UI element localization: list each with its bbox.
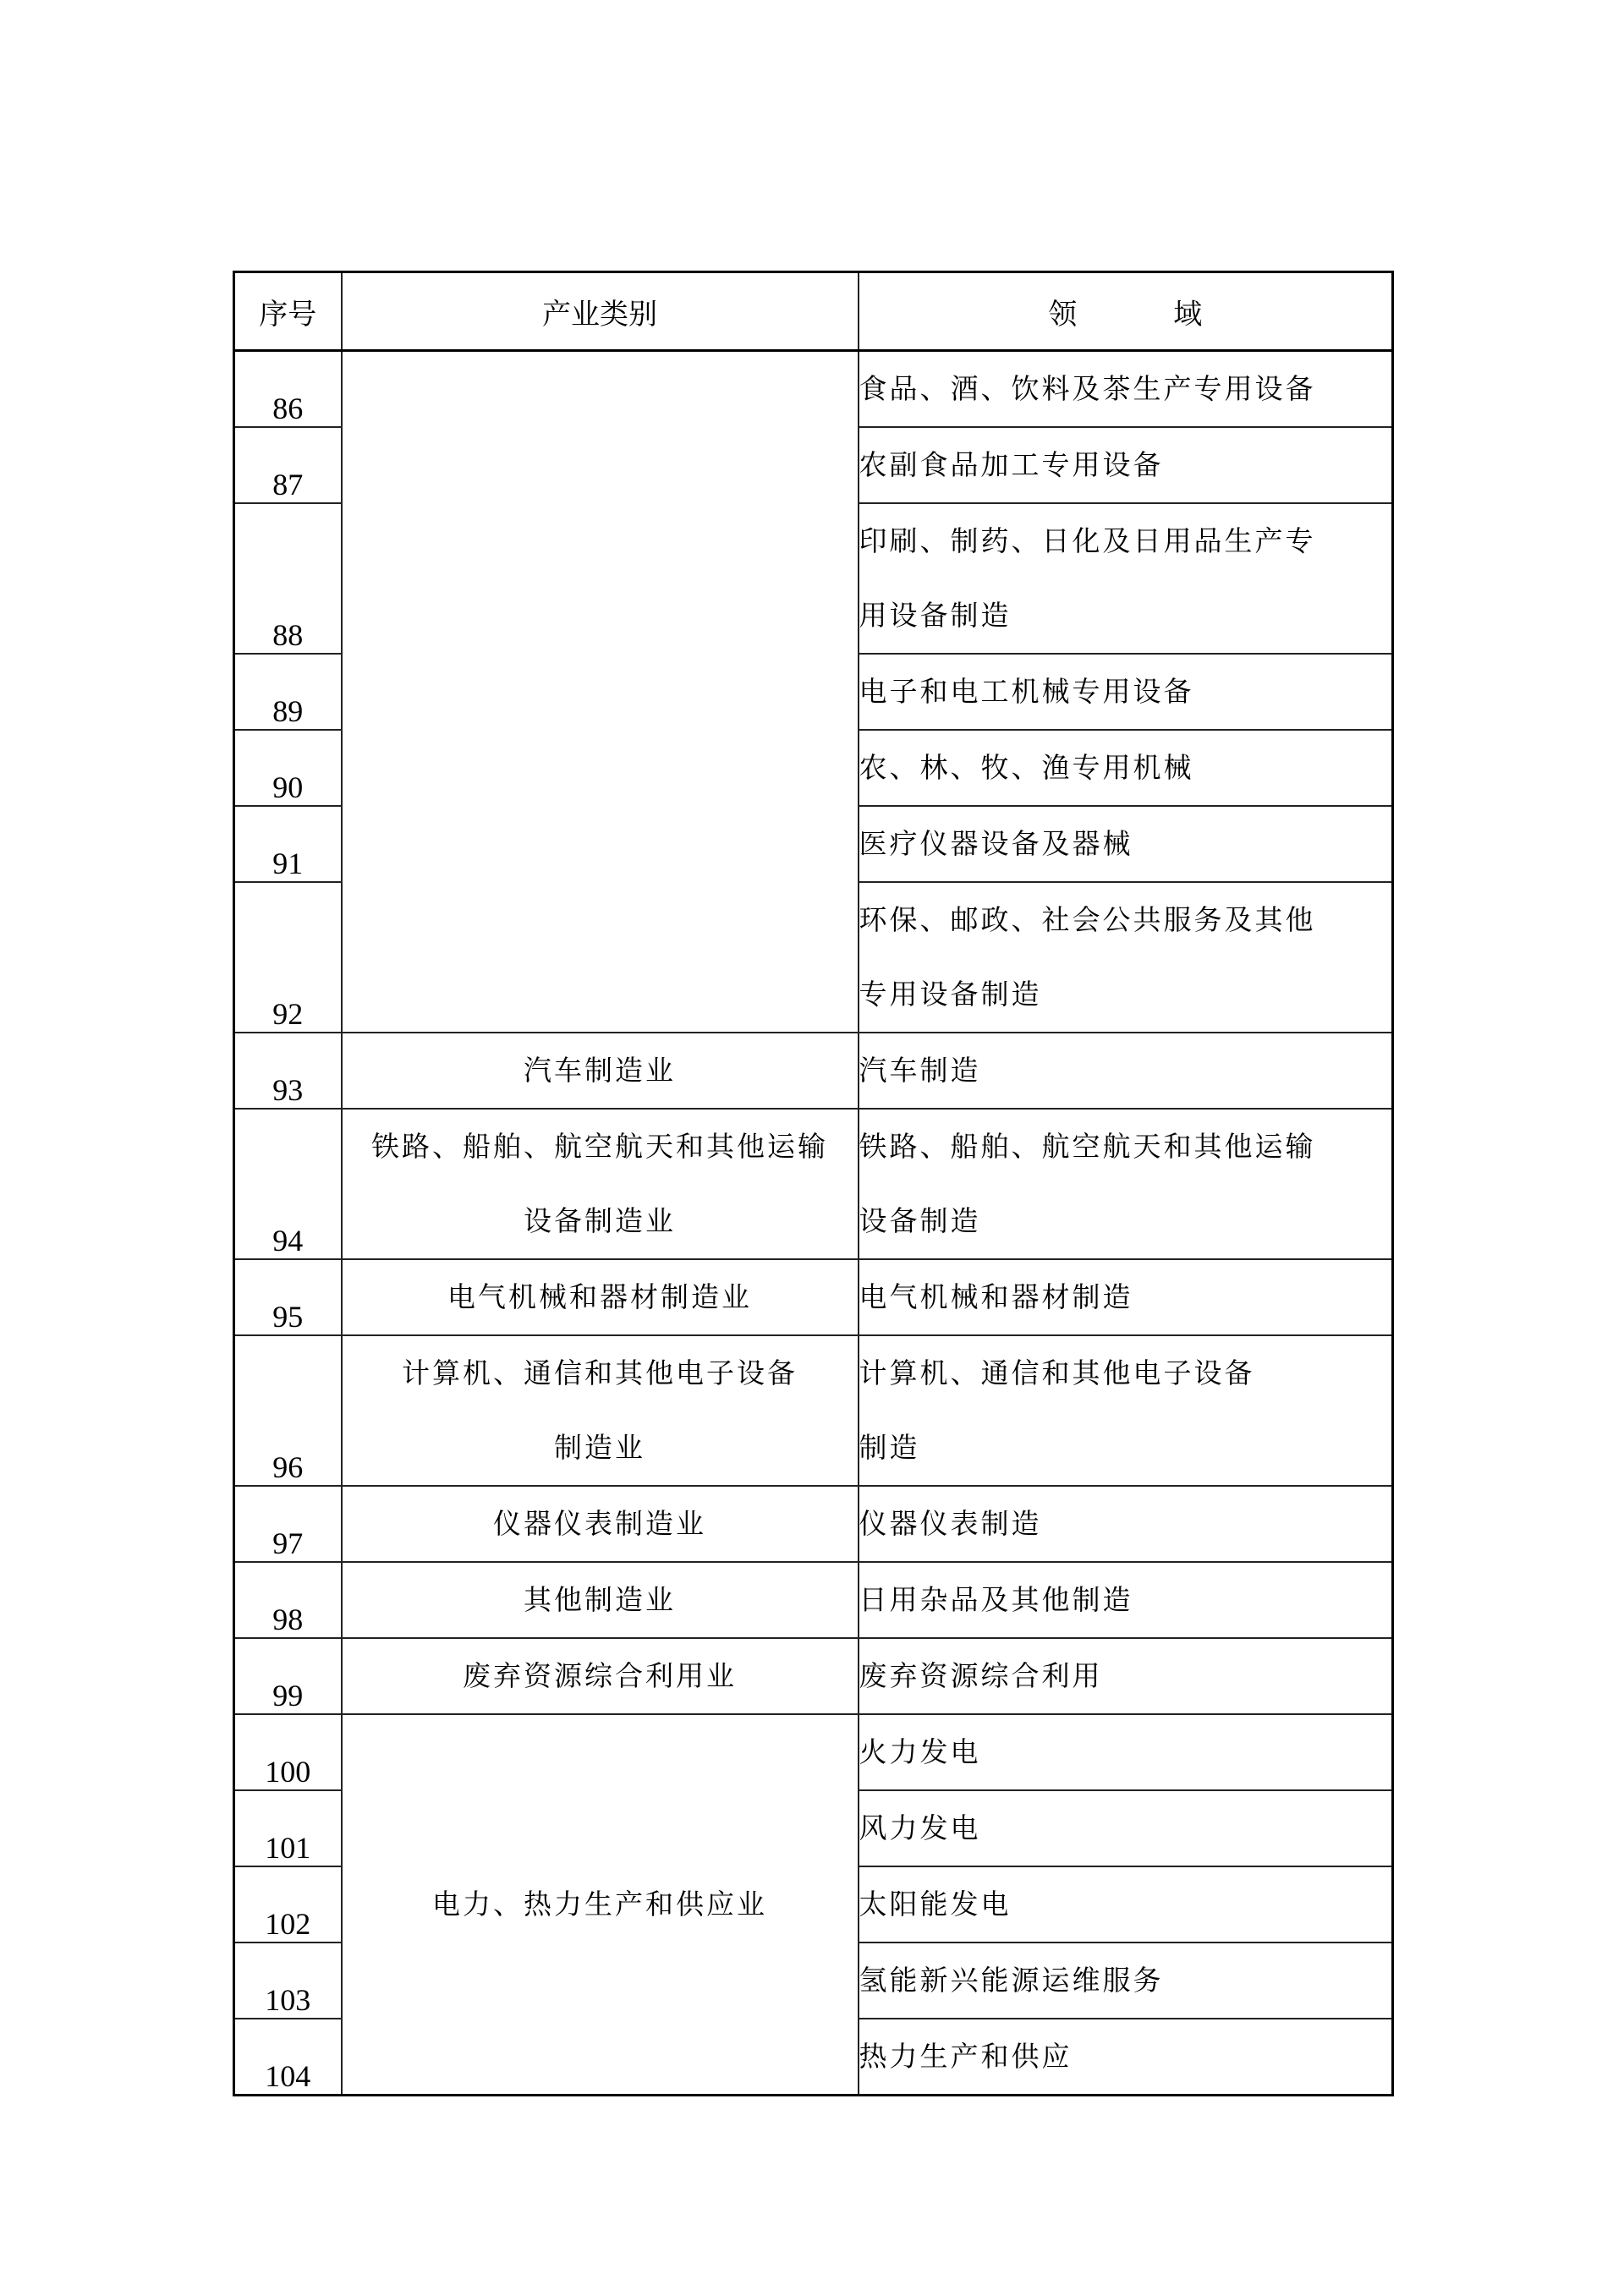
table-row: 96 计算机、通信和其他电子设备 制造业 计算机、通信和其他电子设备 制造 xyxy=(234,1335,1393,1486)
industry-cell: 其他制造业 xyxy=(342,1562,859,1638)
field-cell: 环保、邮政、社会公共服务及其他 专用设备制造 xyxy=(859,882,1393,1033)
industry-cell-merged-equipment xyxy=(342,351,859,1033)
field-cell: 印刷、制药、日化及日用品生产专 用设备制造 xyxy=(859,503,1393,654)
industry-cell-merged-power: 电力、热力生产和供应业 xyxy=(342,1714,859,2096)
field-cell: 食品、酒、饮料及茶生产专用设备 xyxy=(859,351,1393,428)
header-industry: 产业类别 xyxy=(342,272,859,351)
field-cell: 铁路、船舶、航空航天和其他运输 设备制造 xyxy=(859,1109,1393,1259)
field-cell: 废弃资源综合利用 xyxy=(859,1638,1393,1714)
row-index: 90 xyxy=(234,730,342,806)
industry-cell: 铁路、船舶、航空航天和其他运输 设备制造业 xyxy=(342,1109,859,1259)
industry-cell: 计算机、通信和其他电子设备 制造业 xyxy=(342,1335,859,1486)
field-cell: 热力生产和供应 xyxy=(859,2019,1393,2096)
field-cell: 电气机械和器材制造 xyxy=(859,1259,1393,1335)
table-row: 97 仪器仪表制造业 仪器仪表制造 xyxy=(234,1486,1393,1562)
industry-cell: 汽车制造业 xyxy=(342,1033,859,1109)
table-row: 100 电力、热力生产和供应业 火力发电 xyxy=(234,1714,1393,1790)
table-row: 98 其他制造业 日用杂品及其他制造 xyxy=(234,1562,1393,1638)
field-cell: 电子和电工机械专用设备 xyxy=(859,654,1393,730)
table-row: 95 电气机械和器材制造业 电气机械和器材制造 xyxy=(234,1259,1393,1335)
table-row: 86 食品、酒、饮料及茶生产专用设备 xyxy=(234,351,1393,428)
field-cell: 太阳能发电 xyxy=(859,1866,1393,1943)
industry-cell: 仪器仪表制造业 xyxy=(342,1486,859,1562)
row-index: 97 xyxy=(234,1486,342,1562)
field-cell: 风力发电 xyxy=(859,1790,1393,1866)
field-cell: 氢能新兴能源运维服务 xyxy=(859,1943,1393,2019)
row-index: 92 xyxy=(234,882,342,1033)
row-index: 98 xyxy=(234,1562,342,1638)
document-page: 序号 产业类别 领 域 86 食品、酒、饮料及茶生产专用设备 87 农副食品加工… xyxy=(0,0,1624,2296)
header-field: 领 域 xyxy=(859,272,1393,351)
row-index: 102 xyxy=(234,1866,342,1943)
row-index: 91 xyxy=(234,806,342,882)
field-cell: 火力发电 xyxy=(859,1714,1393,1790)
row-index: 88 xyxy=(234,503,342,654)
header-field-label: 领 域 xyxy=(1014,298,1236,332)
row-index: 99 xyxy=(234,1638,342,1714)
row-index: 94 xyxy=(234,1109,342,1259)
field-cell: 计算机、通信和其他电子设备 制造 xyxy=(859,1335,1393,1486)
row-index: 86 xyxy=(234,351,342,428)
row-index: 104 xyxy=(234,2019,342,2096)
field-cell: 日用杂品及其他制造 xyxy=(859,1562,1393,1638)
row-index: 100 xyxy=(234,1714,342,1790)
row-index: 89 xyxy=(234,654,342,730)
row-index: 96 xyxy=(234,1335,342,1486)
row-index: 95 xyxy=(234,1259,342,1335)
field-cell: 汽车制造 xyxy=(859,1033,1393,1109)
industry-catalog-table: 序号 产业类别 领 域 86 食品、酒、饮料及茶生产专用设备 87 农副食品加工… xyxy=(233,271,1394,2096)
table-row: 93 汽车制造业 汽车制造 xyxy=(234,1033,1393,1109)
field-cell: 仪器仪表制造 xyxy=(859,1486,1393,1562)
field-cell: 医疗仪器设备及器械 xyxy=(859,806,1393,882)
field-cell: 农副食品加工专用设备 xyxy=(859,427,1393,503)
industry-cell: 电气机械和器材制造业 xyxy=(342,1259,859,1335)
row-index: 101 xyxy=(234,1790,342,1866)
row-index: 87 xyxy=(234,427,342,503)
industry-cell: 废弃资源综合利用业 xyxy=(342,1638,859,1714)
table-row: 99 废弃资源综合利用业 废弃资源综合利用 xyxy=(234,1638,1393,1714)
table-header-row: 序号 产业类别 领 域 xyxy=(234,272,1393,351)
row-index: 103 xyxy=(234,1943,342,2019)
header-index: 序号 xyxy=(234,272,342,351)
table-row: 94 铁路、船舶、航空航天和其他运输 设备制造业 铁路、船舶、航空航天和其他运输… xyxy=(234,1109,1393,1259)
row-index: 93 xyxy=(234,1033,342,1109)
field-cell: 农、林、牧、渔专用机械 xyxy=(859,730,1393,806)
